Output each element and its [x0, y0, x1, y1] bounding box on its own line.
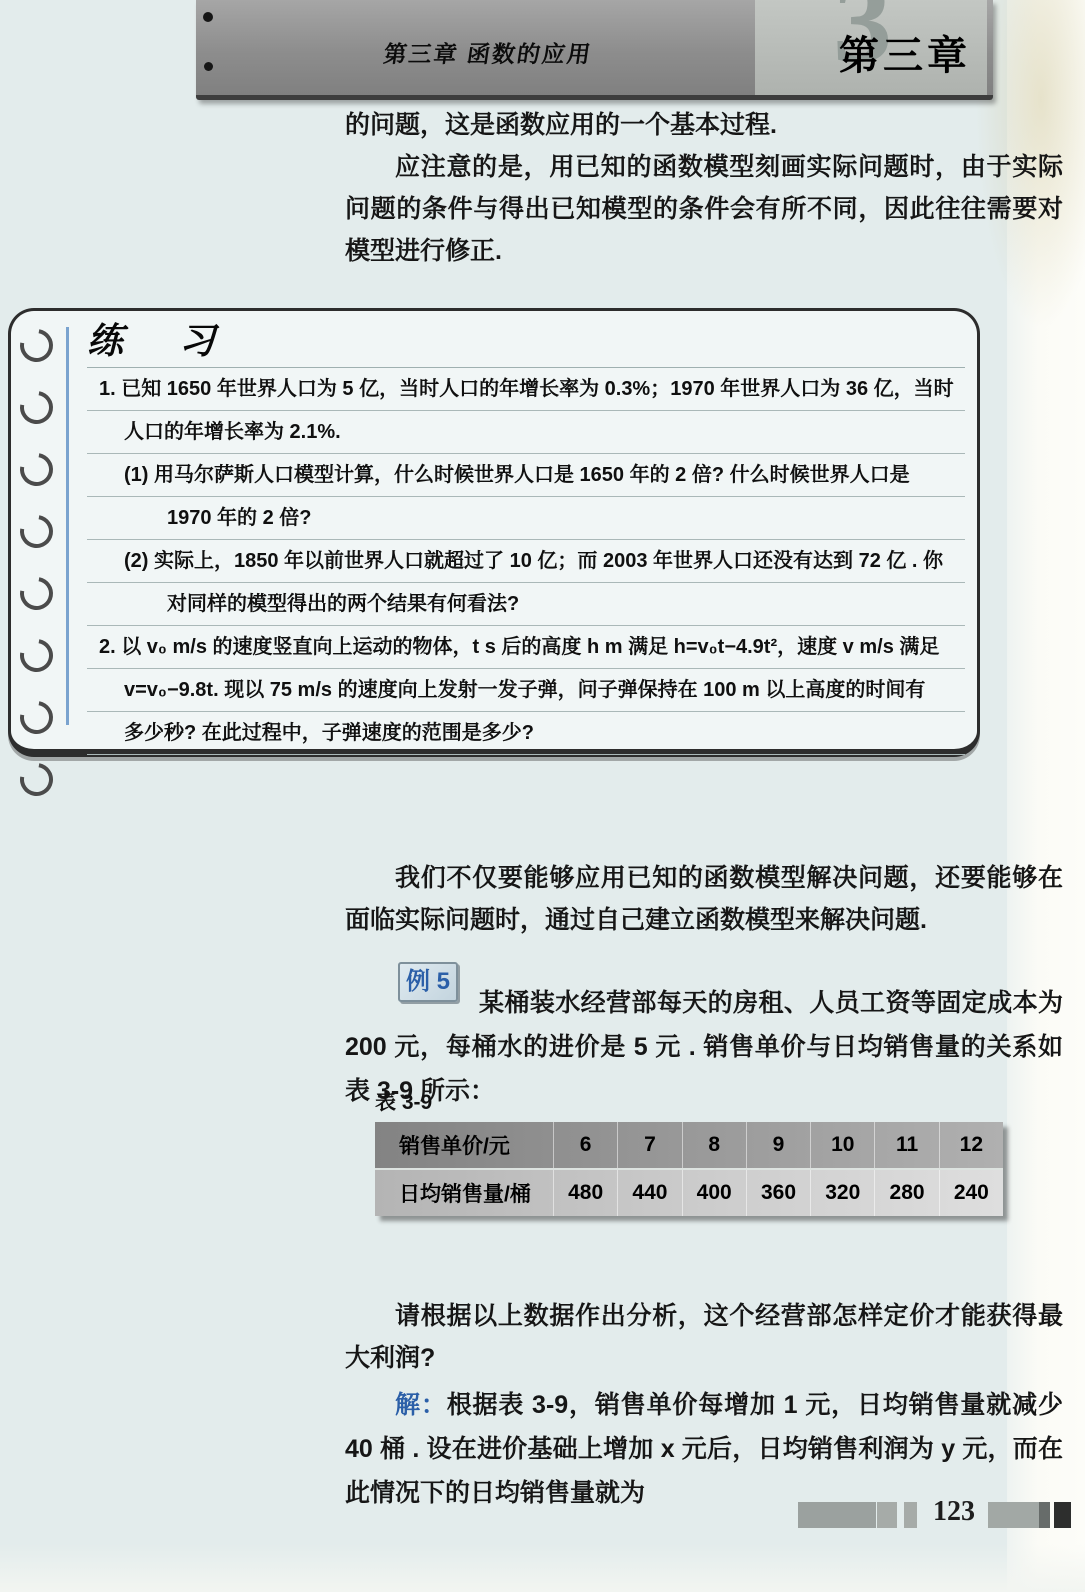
- table-cell: 480: [553, 1170, 617, 1216]
- table-cell: 11: [874, 1122, 938, 1168]
- binding-ring-icon: [14, 447, 60, 493]
- footer-ornament-block: [988, 1502, 1039, 1528]
- paragraph-continuation: 的问题，这是函数应用的一个基本过程.: [345, 104, 1063, 146]
- binding-dot-icon: [204, 62, 213, 71]
- table-cell: 400: [682, 1170, 746, 1216]
- paragraph: 应注意的是，用已知的函数模型刻画实际问题时，由于实际问题的条件与得出已知模型的条…: [345, 146, 1063, 272]
- chapter-tab: 3 第三章: [755, 0, 987, 95]
- binding-ring-icon: [14, 571, 60, 617]
- page-number: 123: [924, 1496, 984, 1528]
- table-row: 销售单价/元6789101112: [375, 1122, 1003, 1170]
- exercise-title-row: 练 习: [87, 317, 965, 368]
- footer-ornament-block: [1039, 1502, 1050, 1528]
- table-cell: 9: [746, 1122, 810, 1168]
- exercise-line: 2. 以 v₀ m/s 的速度竖直向上运动的物体，t s 后的高度 h m 满足…: [87, 626, 965, 669]
- page-bottom-edge: [0, 1544, 1085, 1592]
- binding-rings: [20, 329, 53, 825]
- table-cell: 280: [874, 1170, 938, 1216]
- table-cell: 6: [553, 1122, 617, 1168]
- exercise-box: 练 习 1. 已知 1650 年世界人口为 5 亿，当时人口的年增长率为 0.3…: [8, 308, 980, 757]
- intro-paragraphs: 的问题，这是函数应用的一个基本过程. 应注意的是，用已知的函数模型刻画实际问题时…: [345, 104, 1063, 272]
- textbook-page: 第三章 函数的应用 3 第三章 的问题，这是函数应用的一个基本过程. 应注意的是…: [0, 0, 1085, 1592]
- price-sales-table: 销售单价/元6789101112日均销售量/桶48044040036032028…: [375, 1122, 1003, 1216]
- footer-ornament-block: [877, 1502, 897, 1528]
- chapter-header-bar: 第三章 函数的应用 3 第三章: [196, 0, 993, 100]
- table-cell: 7: [617, 1122, 681, 1168]
- exercise-line: v=v₀−9.8t. 现以 75 m/s 的速度向上发射一发子弹，问子弹保持在 …: [87, 669, 965, 712]
- binding-ring-icon: [14, 323, 60, 369]
- footer-ornament-block: [1054, 1502, 1071, 1528]
- exercise-line: 多少秒? 在此过程中，子弹速度的范围是多少?: [87, 712, 965, 755]
- table-row: 日均销售量/桶480440400360320280240: [375, 1170, 1003, 1216]
- question-paragraph: 请根据以上数据作出分析，这个经营部怎样定价才能获得最大利润?: [345, 1295, 1063, 1379]
- table-cell: 240: [939, 1170, 1003, 1216]
- binding-ring-icon: [14, 695, 60, 741]
- table-cell: 8: [682, 1122, 746, 1168]
- exercise-line: (1) 用马尔萨斯人口模型计算，什么时候世界人口是 1650 年的 2 倍? 什…: [87, 454, 965, 497]
- binding-ring-icon: [14, 385, 60, 431]
- exercise-line: 1970 年的 2 倍?: [87, 497, 965, 540]
- chapter-tab-label: 第三章: [839, 24, 971, 81]
- binding-ring-icon: [14, 757, 60, 803]
- footer-ornament-block: [798, 1502, 876, 1528]
- exercise-content: 练 习 1. 已知 1650 年世界人口为 5 亿，当时人口的年增长率为 0.3…: [87, 317, 965, 755]
- table-cell: 440: [617, 1170, 681, 1216]
- table-row-header: 日均销售量/桶: [375, 1170, 553, 1216]
- solution-text: 根据表 3-9，销售单价每增加 1 元，日均销售量就减少 40 桶 . 设在进价…: [345, 1391, 1063, 1507]
- table-row-header: 销售单价/元: [375, 1122, 553, 1168]
- table-cell: 12: [939, 1122, 1003, 1168]
- example-statement: 某桶装水经营部每天的房租、人员工资等固定成本为 200 元，每桶水的进价是 5 …: [345, 981, 1063, 1113]
- binding-ring-icon: [14, 633, 60, 679]
- exercise-lines: 1. 已知 1650 年世界人口为 5 亿，当时人口的年增长率为 0.3%；19…: [87, 368, 965, 755]
- exercise-title: 练 习: [87, 320, 225, 361]
- exercise-line: 对同样的模型得出的两个结果有何看法?: [87, 583, 965, 626]
- running-head-title: 第三章 函数的应用: [382, 36, 595, 69]
- table-caption: 表 3-9: [375, 1086, 432, 1116]
- table-cell: 360: [746, 1170, 810, 1216]
- exercise-blue-rail: [66, 327, 69, 725]
- footer-ornament-block: [904, 1502, 917, 1528]
- table-cell: 320: [810, 1170, 874, 1216]
- solution-label: 解：: [395, 1391, 447, 1419]
- table-cell: 10: [810, 1122, 874, 1168]
- binding-ring-icon: [14, 509, 60, 555]
- exercise-line: 1. 已知 1650 年世界人口为 5 亿，当时人口的年增长率为 0.3%；19…: [87, 368, 965, 411]
- binding-dot-icon: [203, 12, 213, 22]
- exercise-line: (2) 实际上，1850 年以前世界人口就超过了 10 亿；而 2003 年世界…: [87, 540, 965, 583]
- paragraph: 我们不仅要能够应用已知的函数模型解决问题，还要能够在面临实际问题时，通过自己建立…: [345, 857, 1063, 941]
- exercise-line: 人口的年增长率为 2.1%.: [87, 411, 965, 454]
